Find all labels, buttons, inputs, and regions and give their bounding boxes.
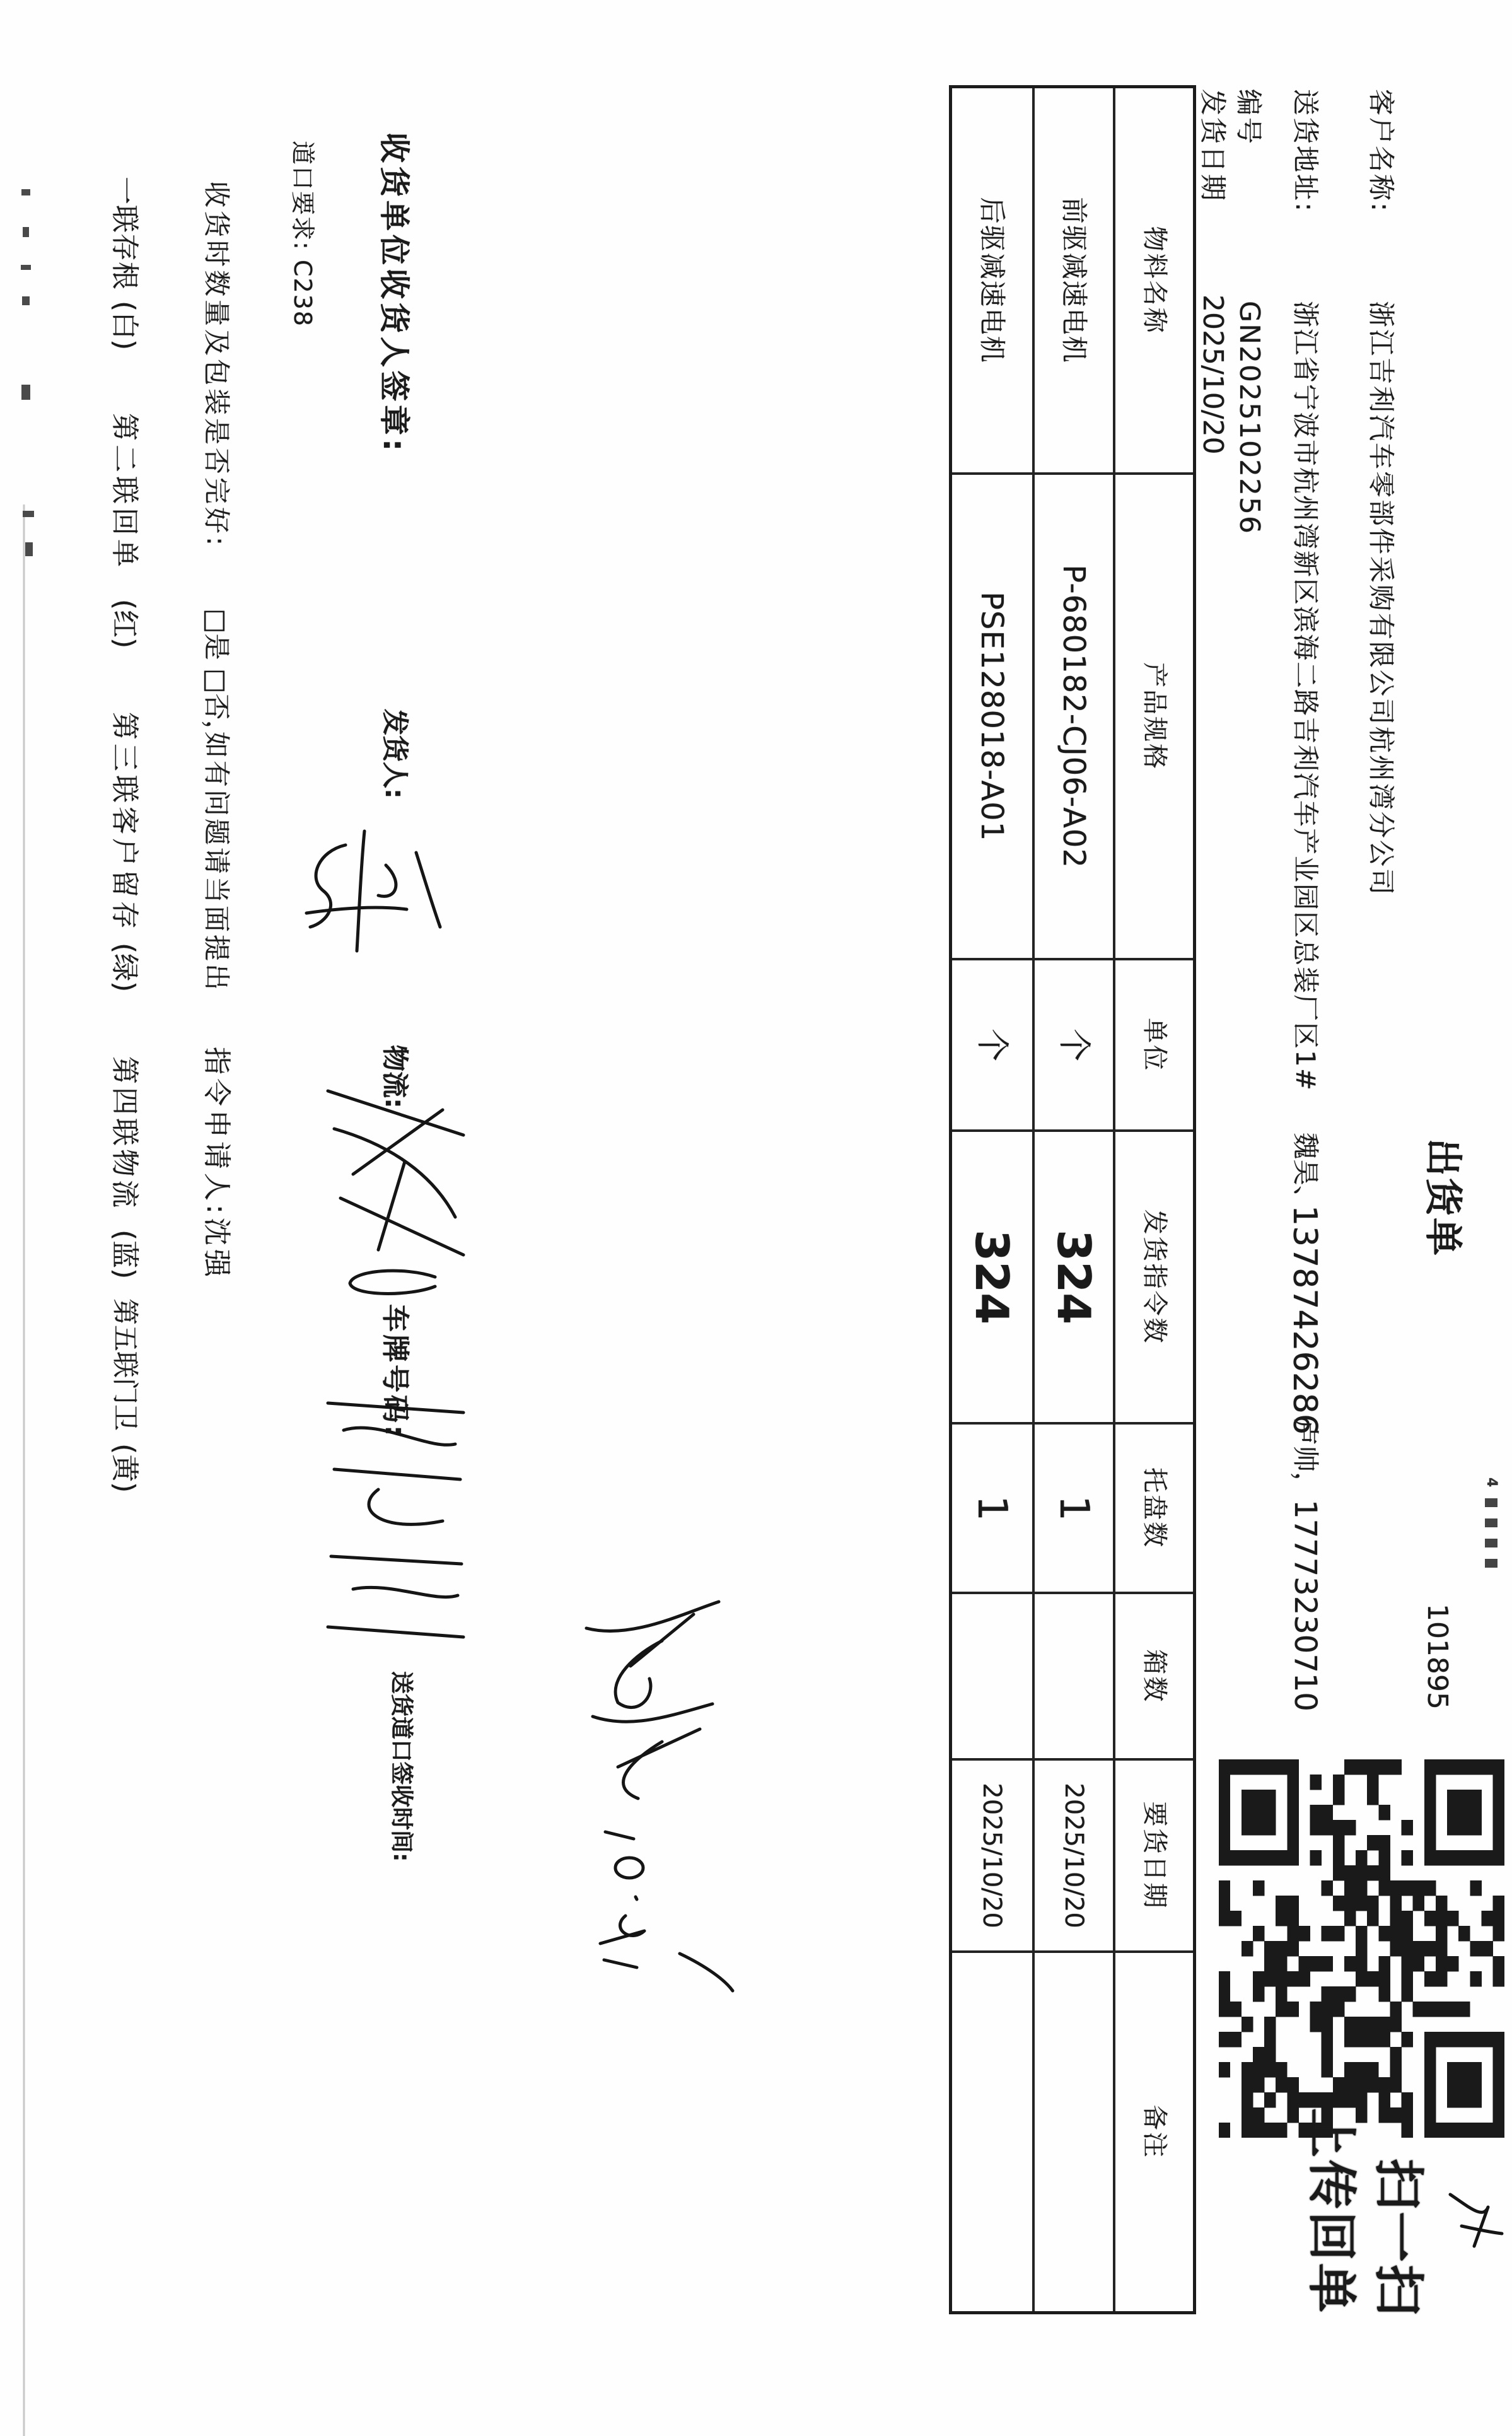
dock-requirement: 道口要求: C238 xyxy=(291,141,315,327)
ship-date-label: 发货日期 xyxy=(1199,89,1226,202)
unit: 个 xyxy=(1032,960,1114,1132)
contact-name-1: 魏昊、 xyxy=(1292,1133,1318,1212)
box-count xyxy=(1032,1594,1114,1761)
inspection-note: 如有问题请当面提出 xyxy=(203,731,230,993)
material-name: 前驱减速电机 xyxy=(1032,88,1114,475)
ship-quantity: 324 xyxy=(1032,1132,1114,1425)
receiver-sign-label: 收货单位收货人签章: xyxy=(379,132,409,455)
order-number: GN2025102256 xyxy=(1235,301,1263,535)
required-date: 2025/10/20 xyxy=(952,1761,1032,1952)
serial-number: 101895 xyxy=(1423,1604,1451,1710)
table-header-cell: 物料名称 xyxy=(1113,88,1193,475)
copy-name: 第二联回单 xyxy=(110,413,138,571)
applicant-name: 沈强 xyxy=(201,1218,233,1281)
copy-name: 第四联物流 xyxy=(110,1056,138,1211)
table-header-cell: 托盘数 xyxy=(1113,1425,1193,1594)
ship-quantity: 324 xyxy=(952,1132,1032,1425)
box-count xyxy=(952,1594,1032,1761)
dock-requirement-value: C238 xyxy=(289,260,317,327)
table-header-cell: 箱数 xyxy=(1113,1594,1193,1761)
inspection-question: 收货时数量及包装是否完好: xyxy=(203,181,230,549)
copy-color: (绿) xyxy=(110,943,138,992)
product-spec: PSE128018-A01 xyxy=(952,475,1032,960)
contact-phone-1: 13787426286 xyxy=(1288,1205,1321,1435)
copy-color: (蓝) xyxy=(110,1230,138,1279)
qr-code-icon xyxy=(1219,1759,1504,2138)
instruction-applicant: 指令申请人:沈强 xyxy=(202,1047,230,1281)
header-fragment-text: 4 xyxy=(1484,1477,1499,1487)
table-header-cell: 备注 xyxy=(1113,1953,1193,2311)
copy-color: (白) xyxy=(110,301,138,350)
customer-label: 客户名称: xyxy=(1368,89,1394,213)
plate-number-label: 车牌号码: xyxy=(381,1304,409,1439)
pallet-count: 1 xyxy=(952,1425,1032,1594)
remark xyxy=(1032,1953,1114,2311)
document-title: 出货单 xyxy=(1424,1138,1462,1257)
delivery-address: 浙江省宁波市杭州湾新区滨海二路吉利汽车产业园区总装厂区1# xyxy=(1292,301,1318,1092)
address-label: 送货地址: xyxy=(1292,89,1318,213)
scanned-shipping-order: 出货单 101895 4 客户名称: 浙江吉利汽车零部件采购有限公司杭州湾分公司… xyxy=(0,0,1512,2436)
remark xyxy=(952,1953,1032,2311)
copy-name: 一联存根 xyxy=(110,177,138,290)
unit: 个 xyxy=(952,960,1032,1132)
table-header-cell: 发货指令数 xyxy=(1113,1132,1193,1425)
number-label: 编号 xyxy=(1235,89,1262,146)
ship-date: 2025/10/20 xyxy=(1199,294,1226,455)
qr-caption-upload: 上传回单 xyxy=(1306,2108,1356,2315)
contact-phone-2: 17773230710 xyxy=(1290,1500,1320,1711)
copy-color: (黄) xyxy=(110,1443,138,1493)
header-fragment: 4 xyxy=(1484,1477,1498,1568)
dock-requirement-label: 道口要求: xyxy=(289,141,317,251)
table-header-cell: 要货日期 xyxy=(1113,1761,1193,1952)
logistics-label: 物流: xyxy=(381,1045,408,1109)
required-date: 2025/10/20 xyxy=(1032,1761,1114,1952)
customer-name: 浙江吉利汽车零部件采购有限公司杭州湾分公司 xyxy=(1368,301,1394,897)
shipping-order-document: 出货单 101895 4 客户名称: 浙江吉利汽车零部件采购有限公司杭州湾分公司… xyxy=(0,0,1512,2436)
copy-color: (红) xyxy=(110,599,138,648)
shipper-label: 发货人: xyxy=(381,709,408,799)
contact-name-2: 卢帅， xyxy=(1292,1419,1318,1498)
checkbox-yes: □是 xyxy=(203,609,230,660)
material-name: 后驱减速电机 xyxy=(952,88,1032,475)
copy-name: 第三联客户留存 xyxy=(110,712,138,933)
table-header-cell: 产品规格 xyxy=(1113,475,1193,960)
qr-caption-scan: 扫一扫 xyxy=(1373,2159,1423,2317)
pallet-count: 1 xyxy=(1032,1425,1114,1594)
copy-name: 第五联门卫 xyxy=(112,1298,138,1431)
dock-signoff-time-label: 送货道口签收时间: xyxy=(390,1671,412,1862)
product-spec: P-680182-CJ06-A02 xyxy=(1032,475,1114,960)
applicant-label: 指令申请人: xyxy=(201,1047,233,1218)
table-header-cell: 单位 xyxy=(1113,960,1193,1132)
shipment-table: 物料名称 产品规格 单位 发货指令数 托盘数 箱数 要货日期 备注 前驱减速电机… xyxy=(949,85,1196,2314)
